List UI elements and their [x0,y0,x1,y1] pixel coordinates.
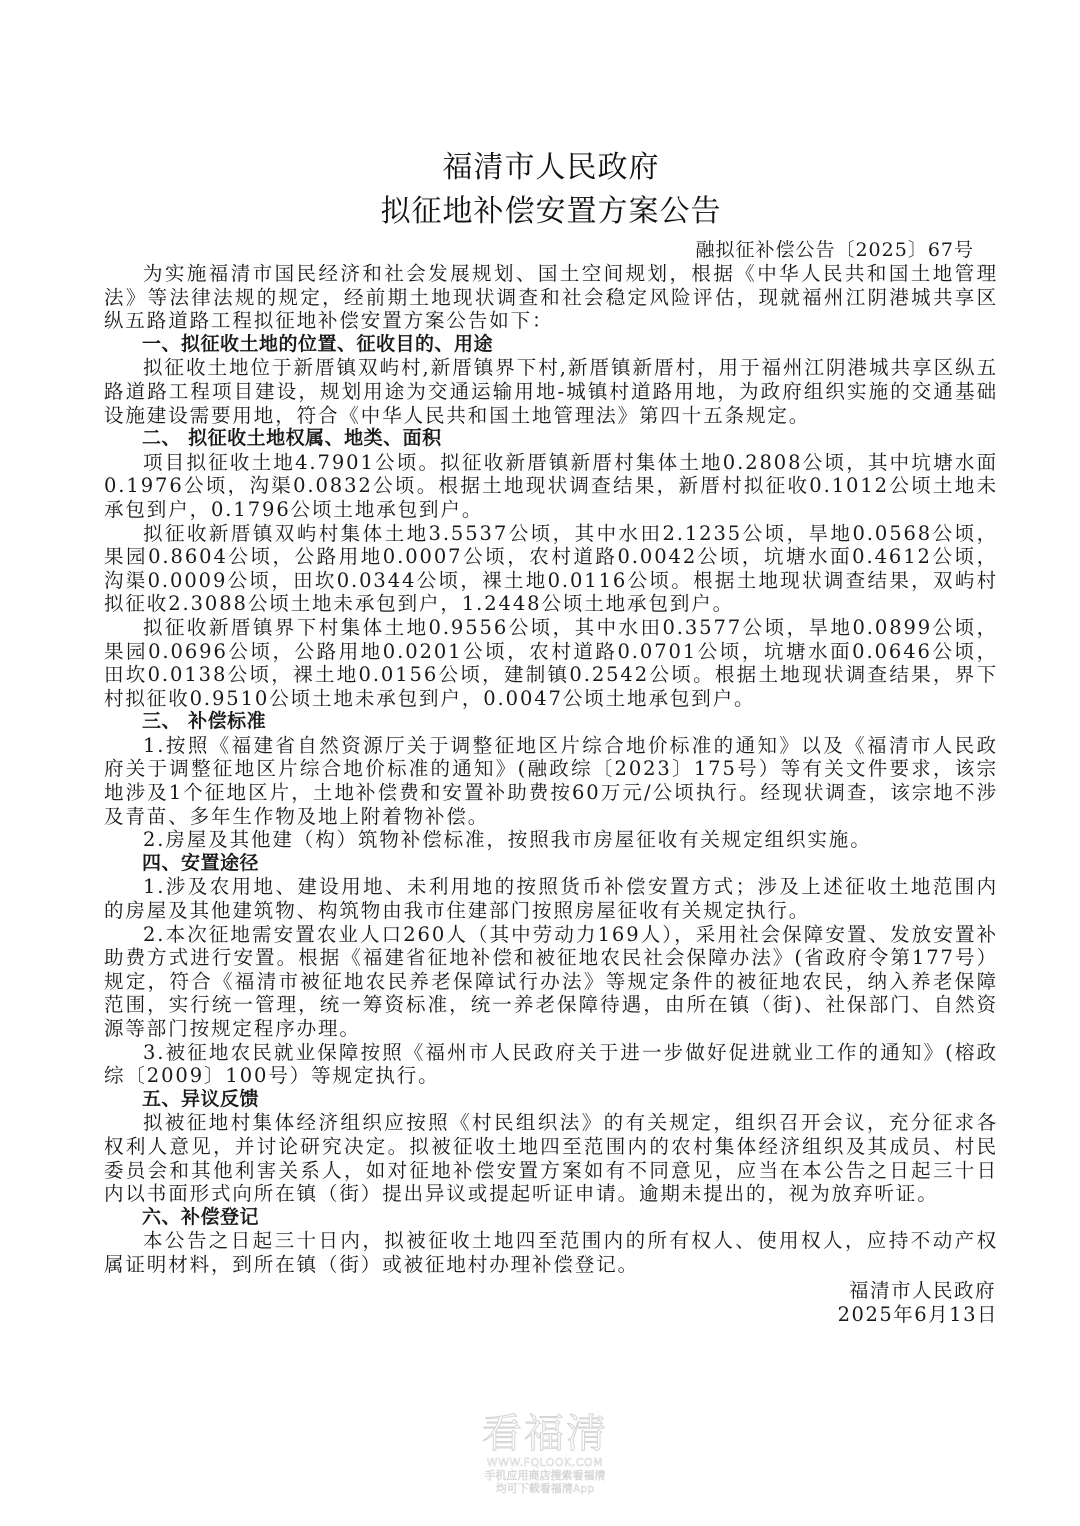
section-heading: 六、补偿登记 [104,1206,998,1230]
title-announcement: 拟征地补偿安置方案公告 [104,190,998,234]
section-paragraph: 拟征收土地位于新厝镇双屿村,新厝镇界下村,新厝镇新厝村，用于福州江阴港城共享区纵… [104,356,998,427]
title-issuer: 福清市人民政府 [104,146,998,190]
announcement-document: 福清市人民政府 拟征地补偿安置方案公告 融拟征补偿公告〔2025〕67号 为实施… [104,140,998,1327]
watermark-line-2: 均可下载看福清App [470,1482,620,1495]
section-paragraph: 2.本次征地需安置农业人口260人（其中劳动力169人），采用社会保障安置、发放… [104,923,998,1041]
section-paragraph: 1.涉及农用地、建设用地、未利用地的按照货币补偿安置方式；涉及上述征收土地范围内… [104,875,998,922]
section-compensation-standard: 三、 补偿标准 1.按照《福建省自然资源厅关于调整征地区片综合地价标准的通知》以… [104,710,998,852]
signature-date: 2025年6月13日 [104,1303,998,1327]
section-heading: 一、拟征收土地的位置、征收目的、用途 [104,333,998,357]
signature-organization: 福清市人民政府 [104,1279,998,1303]
section-objection-feedback: 五、异议反馈 拟被征地村集体经济组织应按照《村民组织法》的有关规定，组织召开会议… [104,1088,998,1206]
section-heading: 三、 补偿标准 [104,710,998,734]
section-paragraph: 拟被征地村集体经济组织应按照《村民组织法》的有关规定，组织召开会议，充分征求各权… [104,1111,998,1205]
section-paragraph: 拟征收新厝镇界下村集体土地0.9556公顷，其中水田0.3577公顷，旱地0.0… [104,616,998,710]
watermark: 看福清 WWW.FQLOOK.COM 手机应用商店搜索看福清 均可下载看福清Ap… [470,1412,620,1495]
section-location-purpose: 一、拟征收土地的位置、征收目的、用途 拟征收土地位于新厝镇双屿村,新厝镇界下村,… [104,333,998,427]
section-paragraph: 拟征收新厝镇双屿村集体土地3.5537公顷，其中水田2.1235公顷，旱地0.0… [104,522,998,616]
section-ownership-area: 二、 拟征收土地权属、地类、面积 项目拟征收土地4.7901公顷。拟征收新厝镇新… [104,427,998,710]
watermark-url: WWW.FQLOOK.COM [470,1456,620,1469]
section-paragraph: 本公告之日起三十日内，拟被征收土地四至范围内的所有权人、使用权人，应持不动产权属… [104,1229,998,1276]
section-heading: 四、安置途径 [104,852,998,876]
section-resettlement: 四、安置途径 1.涉及农用地、建设用地、未利用地的按照货币补偿安置方式；涉及上述… [104,852,998,1088]
section-heading: 二、 拟征收土地权属、地类、面积 [104,427,998,451]
watermark-line-1: 手机应用商店搜索看福清 [470,1469,620,1482]
intro-paragraph: 为实施福清市国民经济和社会发展规划、国土空间规划，根据《中华人民共和国土地管理法… [104,262,998,333]
section-heading: 五、异议反馈 [104,1088,998,1112]
document-number: 融拟征补偿公告〔2025〕67号 [104,238,974,262]
section-paragraph: 2.房屋及其他建（构）筑物补偿标准，按照我市房屋征收有关规定组织实施。 [104,828,998,852]
section-registration: 六、补偿登记 本公告之日起三十日内，拟被征收土地四至范围内的所有权人、使用权人，… [104,1206,998,1277]
watermark-brand: 看福清 [470,1412,620,1456]
section-paragraph: 项目拟征收土地4.7901公顷。拟征收新厝镇新厝村集体土地0.2808公顷，其中… [104,451,998,522]
section-paragraph: 1.按照《福建省自然资源厅关于调整征地区片综合地价标准的通知》以及《福清市人民政… [104,734,998,828]
section-paragraph: 3.被征地农民就业保障按照《福州市人民政府关于进一步做好促进就业工作的通知》(榕… [104,1041,998,1088]
